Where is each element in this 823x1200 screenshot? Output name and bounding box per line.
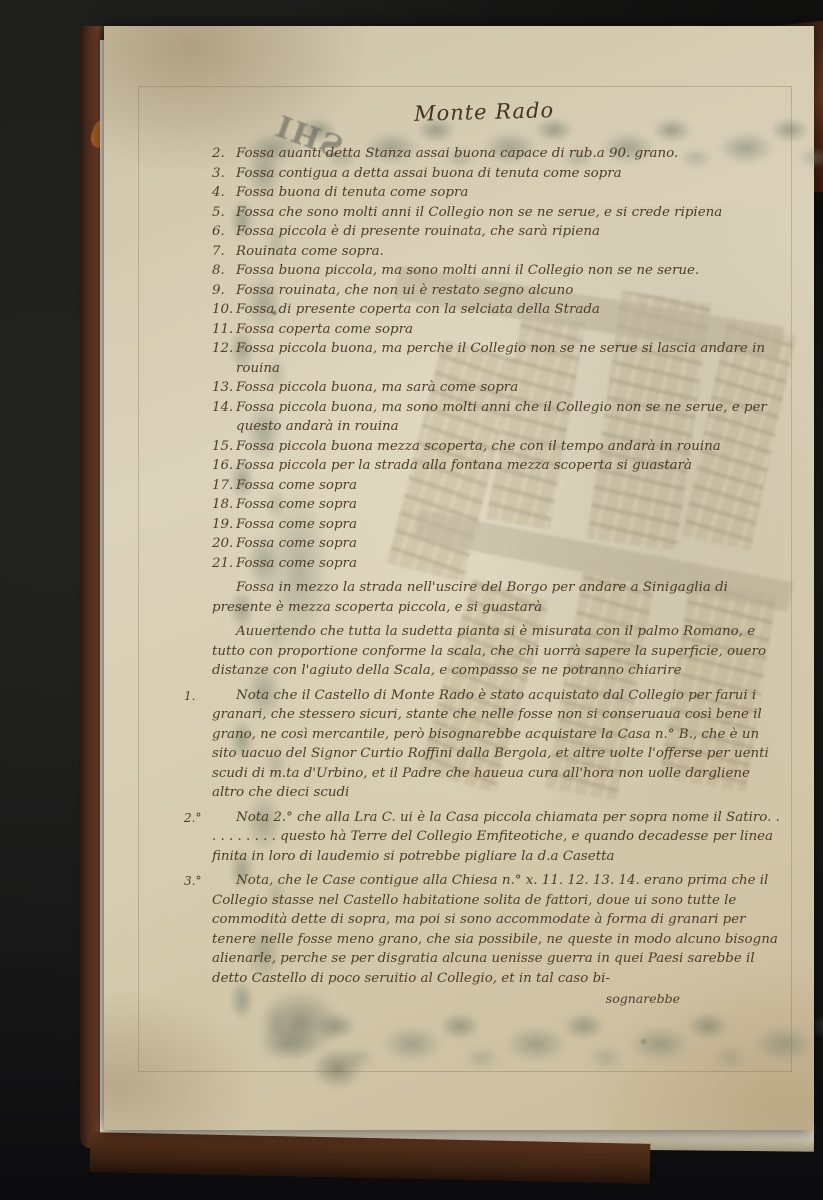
entry-number: 10. bbox=[212, 300, 236, 320]
entry-text: Fossa di presente coperta con la selciat… bbox=[236, 300, 784, 320]
entry-number: 3. bbox=[212, 164, 236, 184]
entry-number: 12. bbox=[212, 339, 236, 378]
fossa-entry: 10. Fossa di presente coperta con la sel… bbox=[212, 300, 784, 320]
catchword: sognarebbe bbox=[212, 989, 784, 1009]
paragraph-block: Fossa in mezzo la strada nell'uscire del… bbox=[212, 578, 784, 681]
entry-text: Fossa rouinata, che non ui è restato seg… bbox=[236, 281, 784, 301]
fossa-entry: 9. Fossa rouinata, che non ui è restato … bbox=[212, 281, 784, 301]
entry-text: Rouinata come sopra. bbox=[236, 242, 784, 262]
fossa-entry: 7. Rouinata come sopra. bbox=[212, 242, 784, 262]
fossa-entry: 8. Fossa buona piccola, ma sono molti an… bbox=[212, 261, 784, 281]
entry-number: 20. bbox=[212, 534, 236, 554]
entry-text: Fossa piccola è di presente rouinata, ch… bbox=[236, 222, 784, 242]
entry-number: 21. bbox=[212, 554, 236, 574]
entry-text: Fossa come sopra bbox=[236, 534, 784, 554]
photo-stage: IHS IHS Monte Rado 2. Fossa auanti detta… bbox=[0, 0, 823, 1200]
entry-text: Fossa che sono molti anni il Collegio no… bbox=[236, 203, 784, 223]
fossa-entry-list: 2. Fossa auanti detta Stanza assai buona… bbox=[212, 144, 784, 573]
notes-block: 1. Nota che il Castello di Monte Rado è … bbox=[212, 686, 784, 989]
entry-text: Fossa coperta come sopra bbox=[236, 320, 784, 340]
entry-text: Fossa piccola buona, ma perche il Colleg… bbox=[236, 339, 784, 378]
fossa-entry: 17. Fossa come sopra bbox=[212, 476, 784, 496]
entry-text: Fossa piccola buona, ma sarà come sopra bbox=[236, 378, 784, 398]
nota-paragraph: 1. Nota che il Castello di Monte Rado è … bbox=[212, 686, 784, 803]
entry-text: Fossa piccola buona, ma sono molti anni … bbox=[236, 398, 784, 437]
entry-text: Fossa come sopra bbox=[236, 495, 784, 515]
fossa-entry: 6. Fossa piccola è di presente rouinata,… bbox=[212, 222, 784, 242]
entry-number: 13. bbox=[212, 378, 236, 398]
nota-text: Nota 2.° che alla Lra C. ui è la Casa pi… bbox=[212, 810, 780, 864]
fossa-entry: 18. Fossa come sopra bbox=[212, 495, 784, 515]
margin-number: 1. bbox=[184, 687, 195, 707]
entry-number: 19. bbox=[212, 515, 236, 535]
fossa-entry: 13. Fossa piccola buona, ma sarà come so… bbox=[212, 378, 784, 398]
margin-number: 2.° bbox=[184, 809, 201, 829]
entry-text: Fossa come sopra bbox=[236, 515, 784, 535]
fossa-entry: 21. Fossa come sopra bbox=[212, 554, 784, 574]
fossa-entry: 15. Fossa piccola buona mezza scoperta, … bbox=[212, 437, 784, 457]
entry-number: 14. bbox=[212, 398, 236, 437]
fossa-entry: 20. Fossa come sopra bbox=[212, 534, 784, 554]
nota-paragraph: 2.° Nota 2.° che alla Lra C. ui è la Cas… bbox=[212, 808, 784, 867]
entry-text: Fossa piccola per la strada alla fontana… bbox=[236, 456, 784, 476]
fossa-entry: 4. Fossa buona di tenuta come sopra bbox=[212, 183, 784, 203]
nota-text: Nota che il Castello di Monte Rado è sta… bbox=[212, 688, 769, 801]
entry-number: 9. bbox=[212, 281, 236, 301]
entry-number: 7. bbox=[212, 242, 236, 262]
paragraph: Auuertendo che tutta la sudetta pianta s… bbox=[212, 622, 784, 681]
entry-number: 16. bbox=[212, 456, 236, 476]
entry-number: 18. bbox=[212, 495, 236, 515]
nota-text: Nota, che le Case contigue alla Chiesa n… bbox=[212, 873, 778, 986]
entry-text: Fossa come sopra bbox=[236, 554, 784, 574]
entry-text: Fossa buona piccola, ma sono molti anni … bbox=[236, 261, 784, 281]
entry-number: 8. bbox=[212, 261, 236, 281]
nota-paragraph: 3.° Nota, che le Case contigue alla Chie… bbox=[212, 871, 784, 988]
entry-text: Fossa auanti detta Stanza assai buona ca… bbox=[236, 144, 784, 164]
fossa-entry: 3. Fossa contigua a detta assai buona di… bbox=[212, 164, 784, 184]
entry-number: 2. bbox=[212, 144, 236, 164]
fossa-entry: 2. Fossa auanti detta Stanza assai buona… bbox=[212, 144, 784, 164]
entry-number: 4. bbox=[212, 183, 236, 203]
manuscript-text: 2. Fossa auanti detta Stanza assai buona… bbox=[212, 144, 784, 1009]
page-title: Monte Rado bbox=[414, 98, 555, 126]
entry-number: 5. bbox=[212, 203, 236, 223]
entry-text: Fossa come sopra bbox=[236, 476, 784, 496]
fossa-entry: 19. Fossa come sopra bbox=[212, 515, 784, 535]
fossa-entry: 11. Fossa coperta come sopra bbox=[212, 320, 784, 340]
fossa-entry: 5. Fossa che sono molti anni il Collegio… bbox=[212, 203, 784, 223]
entry-text: Fossa buona di tenuta come sopra bbox=[236, 183, 784, 203]
fossa-entry: 14. Fossa piccola buona, ma sono molti a… bbox=[212, 398, 784, 437]
entry-text: Fossa piccola buona mezza scoperta, che … bbox=[236, 437, 784, 457]
fossa-entry: 12. Fossa piccola buona, ma perche il Co… bbox=[212, 339, 784, 378]
margin-number: 3.° bbox=[184, 872, 201, 892]
entry-number: 15. bbox=[212, 437, 236, 457]
fossa-entry: 16. Fossa piccola per la strada alla fon… bbox=[212, 456, 784, 476]
entry-text: Fossa contigua a detta assai buona di te… bbox=[236, 164, 784, 184]
entry-number: 6. bbox=[212, 222, 236, 242]
entry-number: 11. bbox=[212, 320, 236, 340]
entry-number: 17. bbox=[212, 476, 236, 496]
paragraph: Fossa in mezzo la strada nell'uscire del… bbox=[212, 578, 784, 617]
